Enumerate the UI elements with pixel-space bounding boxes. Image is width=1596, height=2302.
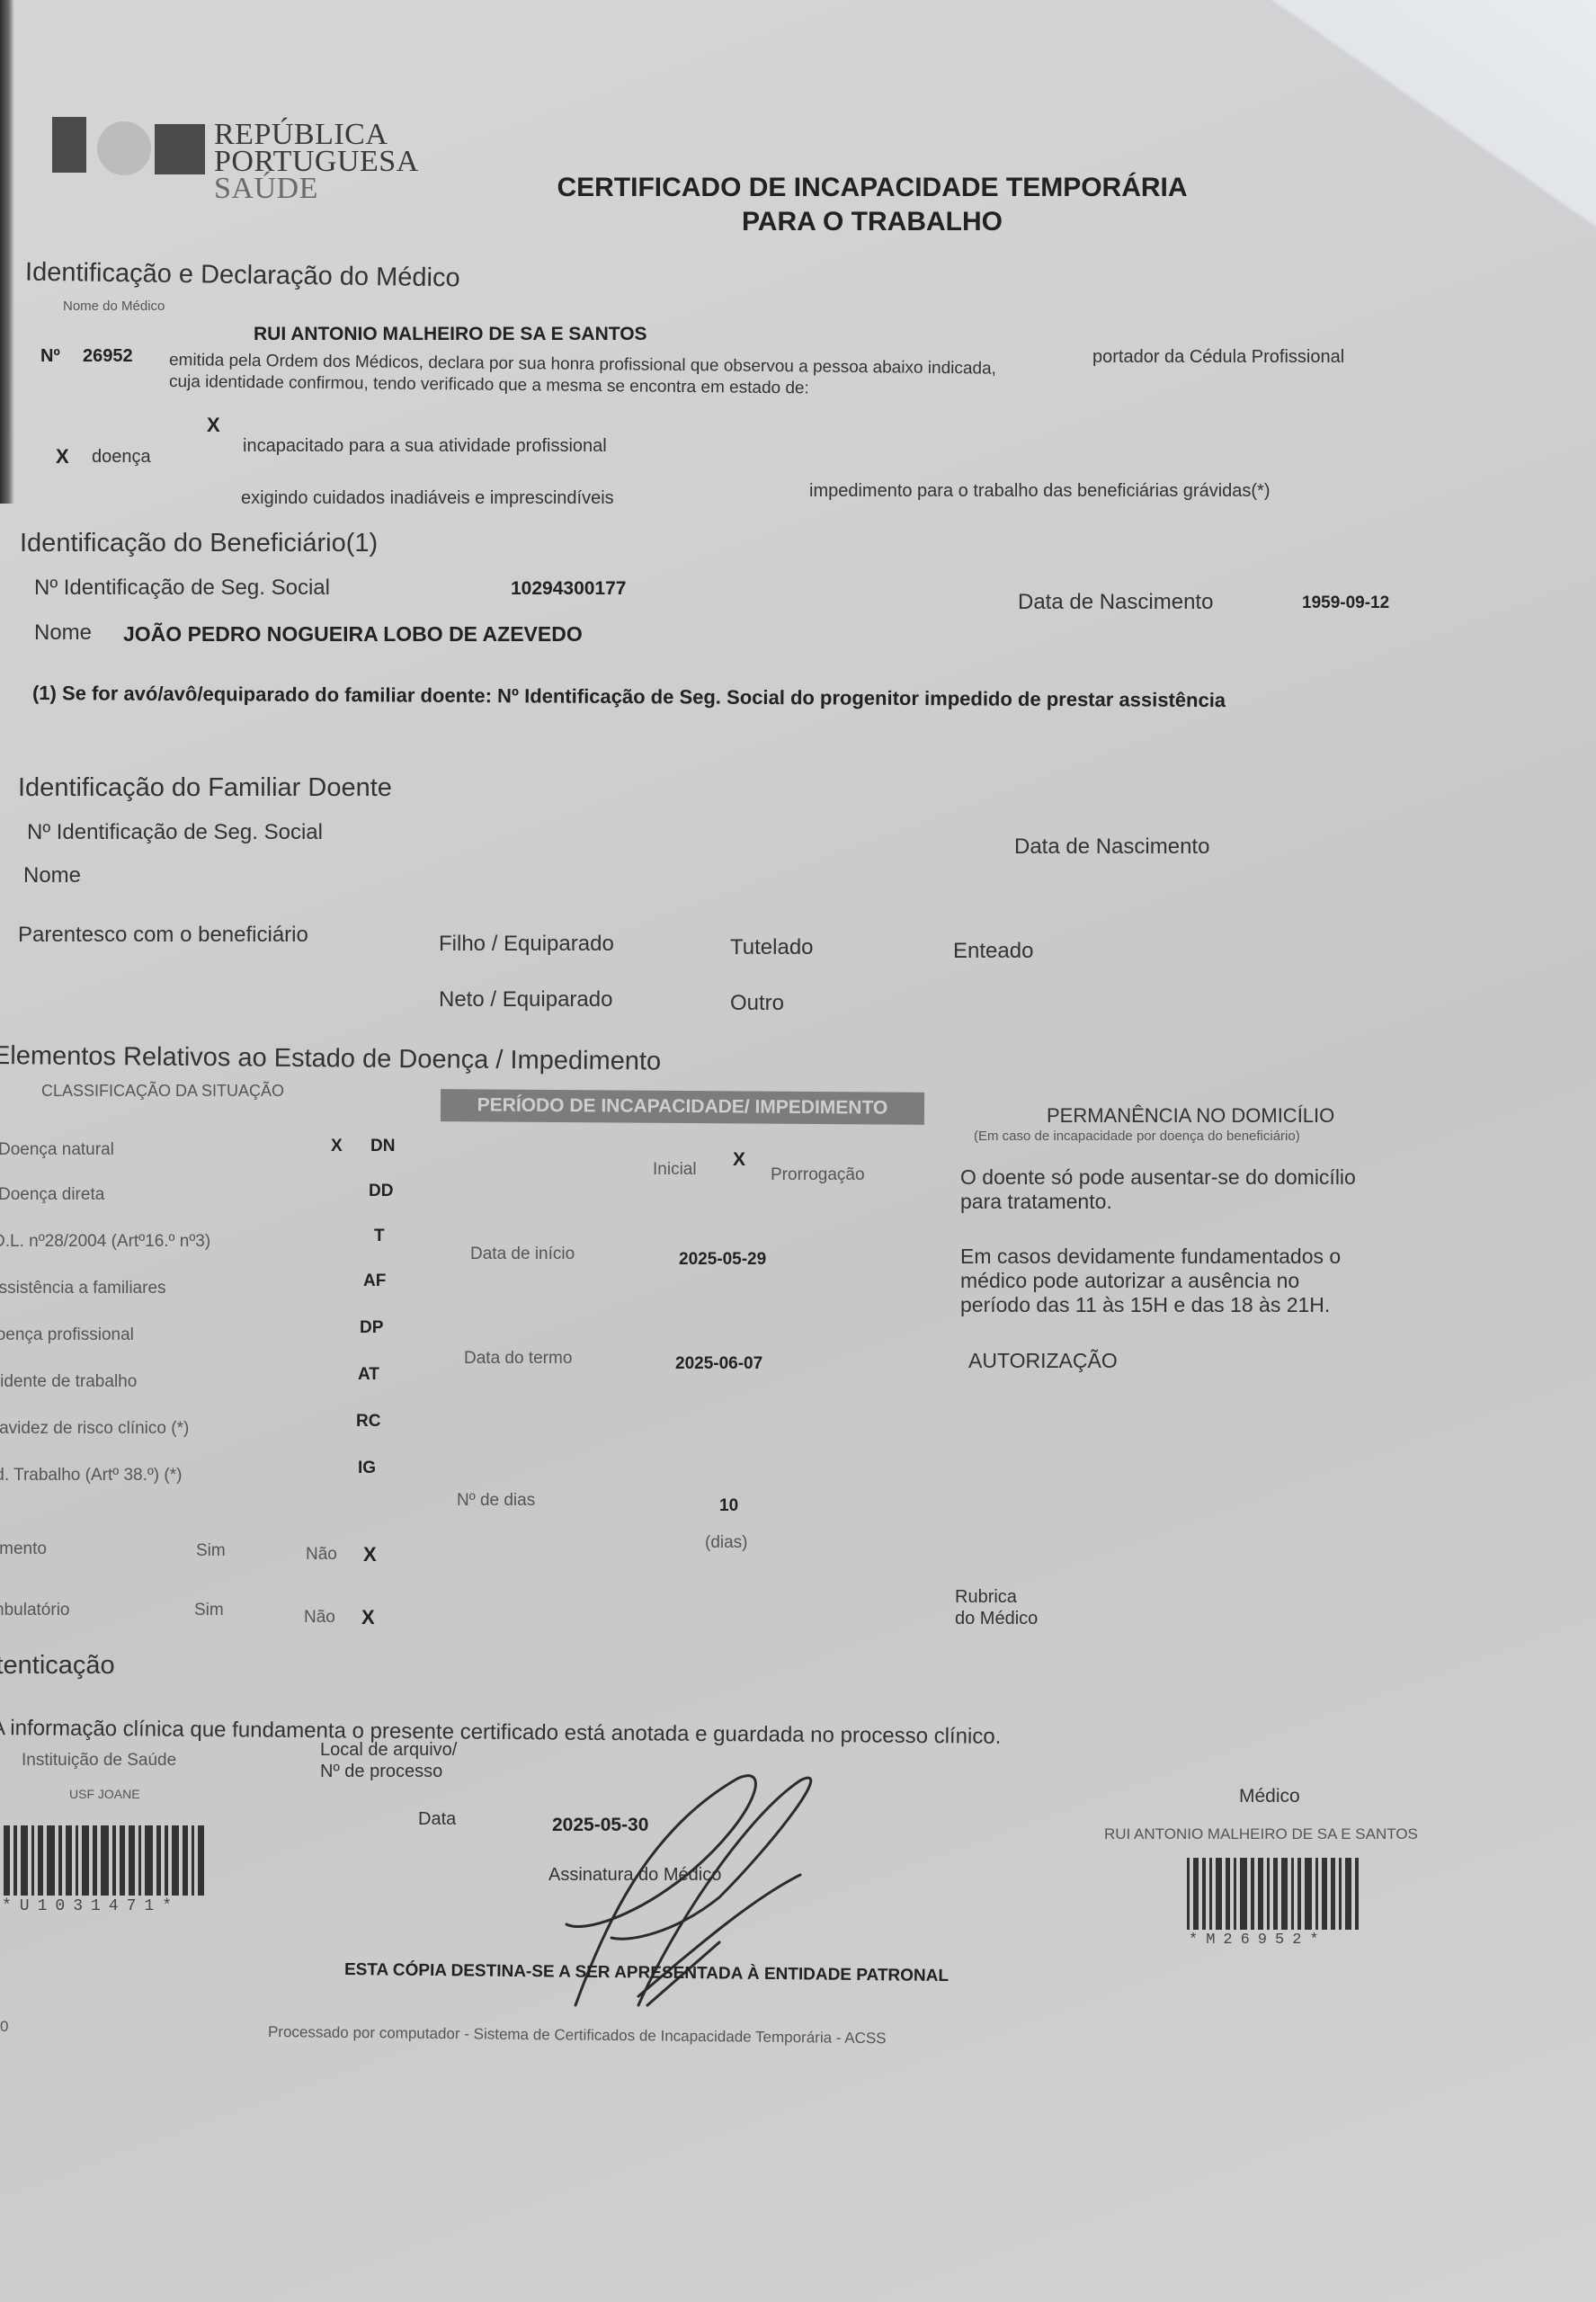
internamento-label: Internamento xyxy=(0,1539,47,1559)
periodo-heading-band: PERÍODO DE INCAPACIDADE/ IMPEDIMENTO xyxy=(441,1089,924,1125)
classificacao-label: Cód. Trabalho (Artº 38.º) (*) xyxy=(0,1466,182,1486)
beneficiario-nascimento-label: Data de Nascimento xyxy=(1018,590,1213,615)
classificacao-code[interactable]: DP xyxy=(360,1318,383,1338)
cedula-text: portador da Cédula Profissional xyxy=(1092,347,1344,368)
cuidados-label: exigindo cuidados inadiáveis e imprescin… xyxy=(241,488,614,509)
parentesco-option-filho[interactable]: Filho / Equiparado xyxy=(439,932,614,957)
medico-barcode-caption: *M26952* xyxy=(1189,1932,1327,1949)
photo-edge-shadow xyxy=(0,0,14,504)
familiar-nascimento-label: Data de Nascimento xyxy=(1014,834,1209,860)
inicial-label: Inicial xyxy=(653,1160,697,1180)
internamento-sim[interactable]: Sim xyxy=(196,1541,226,1561)
section-heading-elementos: Elementos Relativos ao Estado de Doença … xyxy=(0,1041,661,1076)
instituicao-barcode xyxy=(4,1825,204,1896)
classificacao-code[interactable]: RC xyxy=(356,1412,380,1432)
parentesco-label: Parentesco com o beneficiário xyxy=(18,923,308,948)
incapacitado-label: incapacitado para a sua atividade profis… xyxy=(243,436,607,457)
logo-text: REPÚBLICA PORTUGUESA SAÚDE xyxy=(214,121,419,202)
nome-medico-value: RUI ANTONIO MALHEIRO DE SA E SANTOS xyxy=(254,324,647,345)
medico-barcode xyxy=(1187,1858,1359,1930)
classificacao-label: Assistência a familiares xyxy=(0,1279,166,1298)
permanencia-heading: PERMANÊNCIA NO DOMICÍLIO xyxy=(1047,1104,1334,1128)
cedula-numero: 26952 xyxy=(83,346,133,367)
classificacao-label: Doença profissional xyxy=(0,1325,134,1345)
permanencia-text-2: Em casos devidamente fundamentados o méd… xyxy=(960,1245,1341,1317)
cirurgia-label: Cirurgia de ambulatório xyxy=(0,1601,70,1620)
classificacao-label: Doença direta xyxy=(0,1185,104,1205)
medico-footer-label: Médico xyxy=(1239,1786,1300,1807)
inicial-checkbox[interactable]: X xyxy=(733,1149,745,1171)
logo-square-icon xyxy=(155,124,205,174)
classificacao-code[interactable]: IG xyxy=(358,1459,376,1478)
classificacao-code[interactable]: AF xyxy=(363,1271,386,1291)
dias-unit: (dias) xyxy=(705,1533,748,1553)
classificacao-label: Acidente de trabalho xyxy=(0,1372,137,1392)
parentesco-option-enteado[interactable]: Enteado xyxy=(953,939,1033,964)
impedimento-gravidas-label: impedimento para o trabalho das benefici… xyxy=(809,481,1271,502)
cirurgia-checkbox[interactable]: X xyxy=(361,1606,375,1629)
arquivo-label: Local de arquivo/ Nº de processo xyxy=(320,1739,457,1782)
beneficiario-seg-social-label: Nº Identificação de Seg. Social xyxy=(34,575,330,601)
processed-footer: Processado por computador - Sistema de C… xyxy=(268,2023,887,2048)
declaration-line-2: cuja identidade confirmou, tendo verific… xyxy=(169,372,809,398)
autenticacao-text: A informação clínica que fundamenta o pr… xyxy=(0,1716,1001,1750)
beneficiario-nascimento-value: 1959-09-12 xyxy=(1302,593,1389,613)
familiar-nome-label: Nome xyxy=(23,863,81,888)
instituicao-barcode-caption: *U1031471* xyxy=(2,1897,180,1915)
parentesco-option-outro[interactable]: Outro xyxy=(730,991,784,1016)
instituicao-value: USF JOANE xyxy=(69,1787,140,1801)
classificacao-heading: CLASSIFICAÇÃO DA SITUAÇÃO xyxy=(41,1082,284,1101)
data-inicio-label: Data de início xyxy=(470,1245,575,1264)
section-heading-beneficiario: Identificação do Beneficiário(1) xyxy=(20,529,378,558)
numero-label: Nº xyxy=(40,346,60,367)
internamento-nao[interactable]: Não xyxy=(306,1545,337,1565)
classificacao-code[interactable]: T xyxy=(374,1227,385,1246)
classificacao-label: D.L. nº28/2004 (Artº16.º nº3) xyxy=(0,1232,210,1252)
data-termo-label: Data do termo xyxy=(464,1349,572,1369)
left-edge-mark: 0 xyxy=(0,2018,8,2036)
internamento-checkbox[interactable]: X xyxy=(363,1543,377,1566)
paper-corner xyxy=(1218,0,1596,234)
parentesco-option-tutelado[interactable]: Tutelado xyxy=(730,935,814,960)
logo-circle-icon xyxy=(97,121,151,175)
classificacao-code[interactable]: AT xyxy=(358,1365,379,1385)
incapacitado-checkbox[interactable]: X xyxy=(207,414,220,437)
prorrogacao-label[interactable]: Prorrogação xyxy=(771,1165,865,1185)
permanencia-text-1: O doente só pode ausentar-se do domicíli… xyxy=(960,1165,1356,1214)
classificacao-label: Doença natural xyxy=(0,1140,114,1160)
data-termo-value: 2025-06-07 xyxy=(675,1354,762,1374)
familiar-seg-social-label: Nº Identificação de Seg. Social xyxy=(27,820,323,845)
cirurgia-nao[interactable]: Não xyxy=(304,1608,335,1628)
rubrica-medico-label: Rubrica do Médico xyxy=(955,1586,1038,1629)
copy-notice: ESTA CÓPIA DESTINA-SE A SER APRESENTADA … xyxy=(344,1960,949,1986)
classificacao-code[interactable]: DD xyxy=(369,1182,393,1201)
autorizacao-label: AUTORIZAÇÃO xyxy=(968,1349,1118,1373)
classificacao-label: Gravidez de risco clínico (*) xyxy=(0,1419,189,1439)
beneficiario-footnote: (1) Se for avó/avô/equiparado do familia… xyxy=(32,682,1226,712)
classificacao-checkbox[interactable]: X xyxy=(331,1137,343,1156)
beneficiario-seg-social-value: 10294300177 xyxy=(511,578,626,600)
logo-bar-icon xyxy=(52,117,86,173)
data-label: Data xyxy=(418,1809,456,1830)
instituicao-label: Instituição de Saúde xyxy=(22,1751,176,1771)
cirurgia-sim[interactable]: Sim xyxy=(194,1601,224,1620)
section-heading-medico: Identificação e Declaração do Médico xyxy=(25,258,460,294)
section-heading-autenticacao: Autenticação xyxy=(0,1651,115,1681)
data-inicio-value: 2025-05-29 xyxy=(679,1250,766,1270)
classificacao-code: DN xyxy=(370,1137,395,1156)
section-heading-familiar: Identificação do Familiar Doente xyxy=(18,773,392,803)
doenca-checkbox[interactable]: X xyxy=(56,445,69,468)
medico-footer-name: RUI ANTONIO MALHEIRO DE SA E SANTOS xyxy=(1104,1825,1418,1843)
document-title: CERTIFICADO DE INCAPACIDADE TEMPORÁRIA P… xyxy=(517,171,1227,239)
permanencia-subheading: (Em caso de incapacidade por doença do b… xyxy=(974,1129,1300,1144)
dias-value: 10 xyxy=(719,1496,738,1516)
doenca-label: doença xyxy=(92,447,151,468)
parentesco-option-neto[interactable]: Neto / Equiparado xyxy=(439,987,612,1013)
beneficiario-nome-label: Nome xyxy=(34,620,92,646)
nome-medico-label: Nome do Médico xyxy=(63,299,165,314)
beneficiario-nome-value: JOÃO PEDRO NOGUEIRA LOBO DE AZEVEDO xyxy=(123,622,583,647)
dias-label: Nº de dias xyxy=(457,1491,535,1511)
